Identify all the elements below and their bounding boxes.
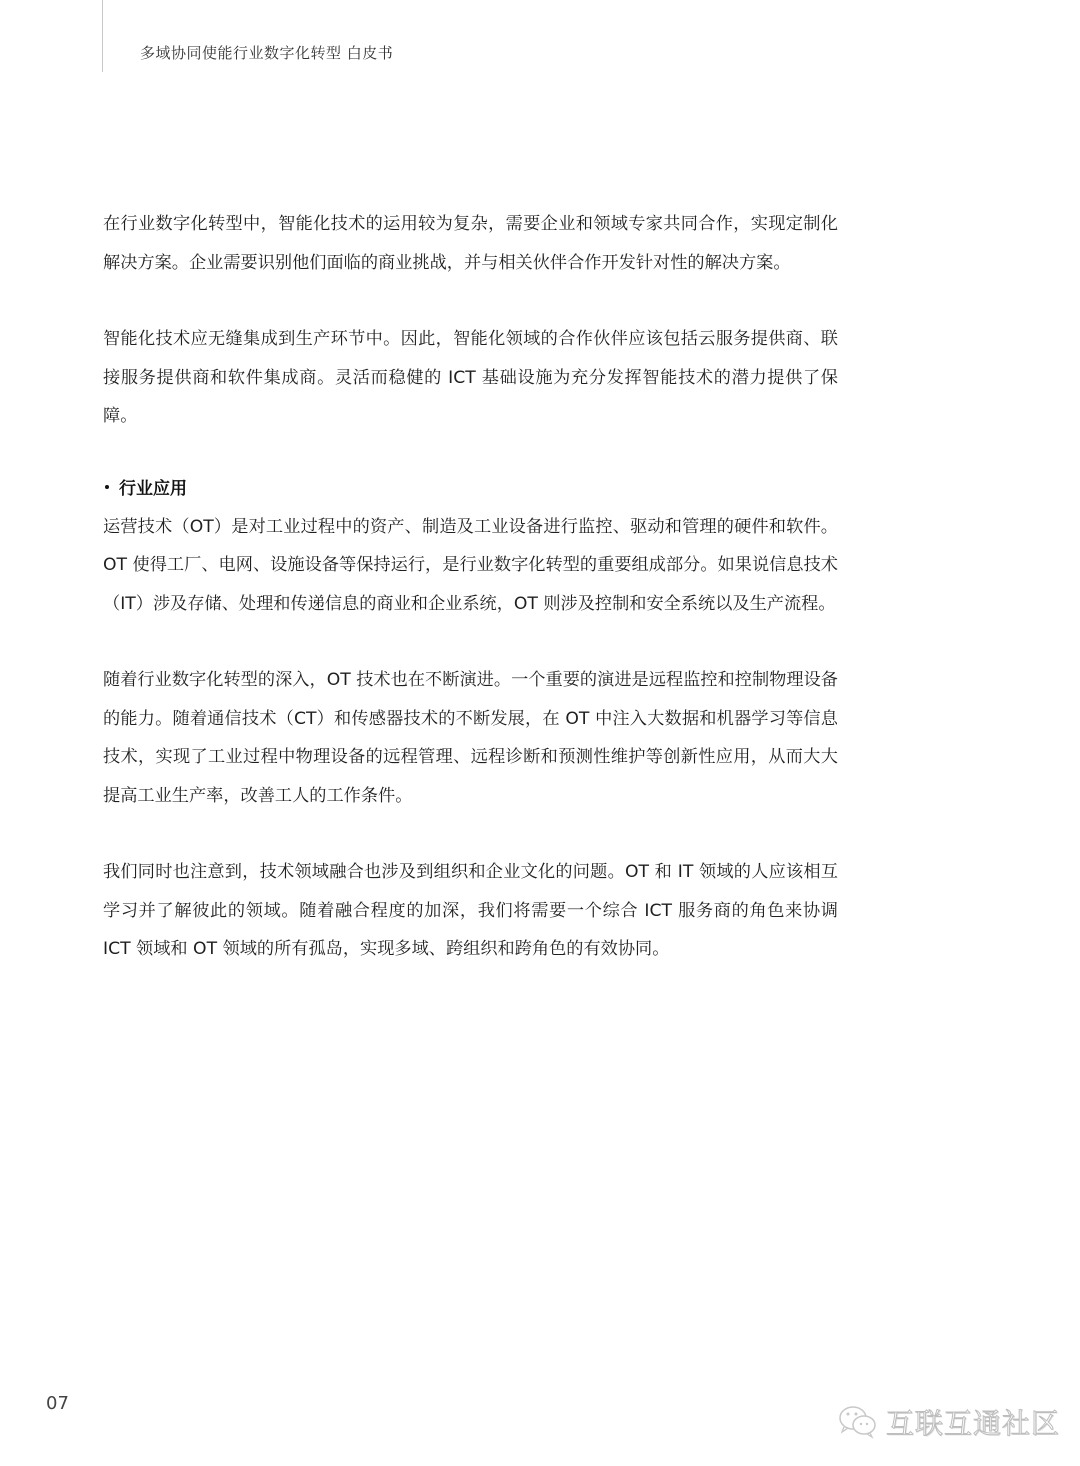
page-body: 在行业数字化转型中，智能化技术的运用较为复杂，需要企业和领域专家共同合作，实现定… (103, 205, 838, 1007)
paragraph: 运营技术（OT）是对工业过程中的资产、制造及工业设备进行监控、驱动和管理的硬件和… (103, 508, 838, 624)
page-number: 07 (46, 1393, 69, 1414)
wechat-icon (838, 1405, 878, 1439)
paragraph: 智能化技术应无缝集成到生产环节中。因此，智能化领域的合作伙伴应该包括云服务提供商… (103, 320, 838, 436)
bullet-icon (105, 485, 109, 489)
watermark-text: 互联互通社区 (886, 1402, 1060, 1442)
paragraph: 随着行业数字化转型的深入，OT 技术也在不断演进。一个重要的演进是远程监控和控制… (103, 661, 838, 815)
section-heading-text: 行业应用 (119, 479, 187, 499)
section-heading: 行业应用 (103, 474, 838, 504)
document-title: 多域协同使能行业数字化转型 白皮书 (140, 42, 393, 63)
paragraph: 在行业数字化转型中，智能化技术的运用较为复杂，需要企业和领域专家共同合作，实现定… (103, 205, 838, 282)
paragraph: 我们同时也注意到，技术领域融合也涉及到组织和企业文化的问题。OT 和 IT 领域… (103, 853, 838, 969)
watermark: 互联互通社区 (838, 1402, 1060, 1442)
header-divider (102, 0, 103, 72)
